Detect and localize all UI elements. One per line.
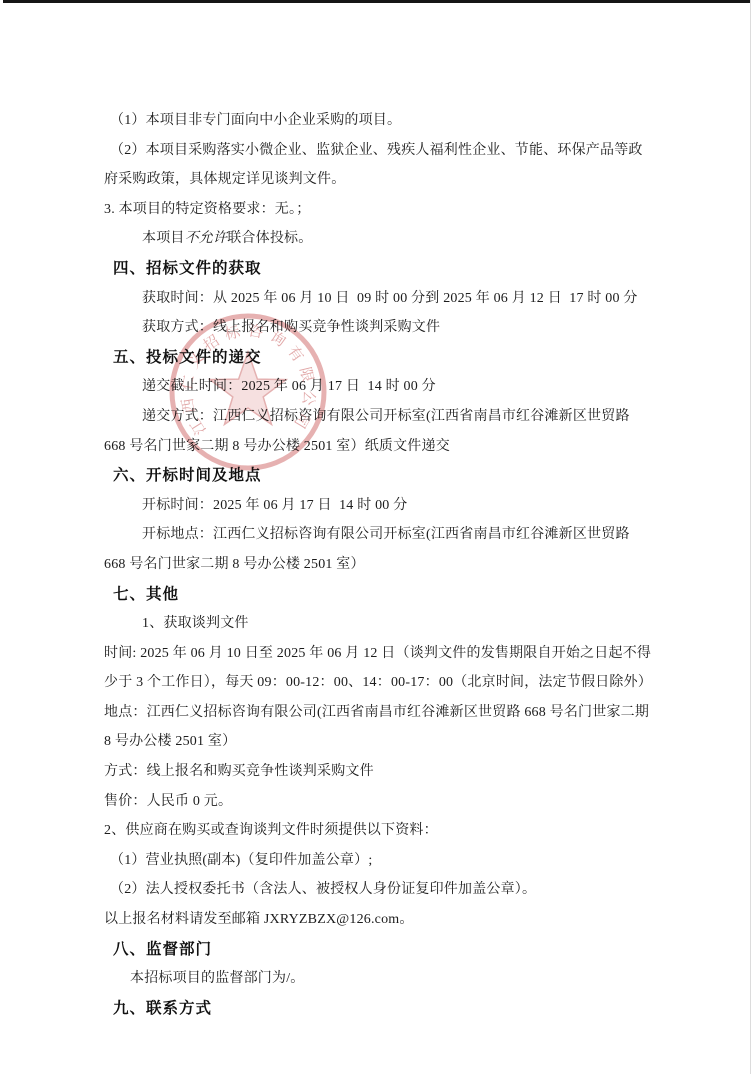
consortium-post: 联合体投标。 (227, 231, 312, 246)
heading-section-6-bid-opening: 六、开标时间及地点 (104, 461, 654, 491)
para-obtain-negotiation-doc: 1、获取谈判文件 (104, 609, 654, 639)
heading-section-4-document-acquisition: 四、招标文件的获取 (104, 254, 654, 284)
para-email-submission: 以上报名材料请发至邮箱 JXRYZBZX@126.com。 (104, 905, 654, 935)
heading-section-8-supervision: 八、监督部门 (104, 935, 654, 965)
para-material-authorization-letter: （2）法人授权委托书（含法人、被授权人身份证复印件加盖公章）。 (104, 875, 654, 905)
para-policy-note: （2）本项目采购落实小微企业、监狱企业、残疾人福利性企业、节能、环保产品等政府采… (104, 136, 654, 195)
heading-section-7-others: 七、其他 (104, 580, 654, 610)
para-supervision-dept: 本招标项目的监督部门为/。 (104, 964, 654, 994)
para-supplier-materials-intro: 2、供应商在购买或查询谈判文件时须提供以下资料： (104, 816, 654, 846)
para-doc-sale-price: 售价：人民币 0 元。 (104, 787, 654, 817)
para-acquisition-method: 获取方式：线上报名和购买竞争性谈判采购文件 (104, 313, 654, 343)
para-smb-targeting: （1）本项目非专门面向中小企业采购的项目。 (104, 106, 654, 136)
para-acquisition-time: 获取时间：从 2025 年 06 月 10 日 09 时 00 分到 2025 … (104, 284, 654, 314)
scanned-tender-document-page: （1）本项目非专门面向中小企业采购的项目。 （2）本项目采购落实小微企业、监狱企… (0, 0, 751, 1074)
para-opening-location: 开标地点：江西仁义招标咨询有限公司开标室(江西省南昌市红谷滩新区世贸路 668 … (104, 520, 654, 579)
document-body: （1）本项目非专门面向中小企业采购的项目。 （2）本项目采购落实小微企业、监狱企… (104, 106, 654, 1023)
consortium-pre: 本项目 (142, 231, 185, 246)
heading-section-9-contact: 九、联系方式 (104, 994, 654, 1024)
para-consortium-bidding: 本项目不允许联合体投标。 (104, 224, 654, 254)
heading-section-5-bid-submission: 五、投标文件的递交 (104, 343, 654, 373)
para-material-business-license: （1）营业执照(副本)（复印件加盖公章）; (104, 846, 654, 876)
para-doc-sale-location: 地点：江西仁义招标咨询有限公司(江西省南昌市红谷滩新区世贸路 668 号名门世家… (104, 698, 654, 757)
para-doc-sale-method: 方式：线上报名和购买竞争性谈判采购文件 (104, 757, 654, 787)
para-submission-method: 递交方式：江西仁义招标咨询有限公司开标室(江西省南昌市红谷滩新区世贸路 668 … (104, 402, 654, 461)
consortium-not-allowed: 不允许 (185, 231, 228, 246)
para-opening-time: 开标时间：2025 年 06 月 17 日 14 时 00 分 (104, 491, 654, 521)
para-specific-qualification: 3. 本项目的特定资格要求：无。； (104, 195, 654, 225)
scan-top-edge-line (3, 0, 751, 3)
para-doc-sale-time: 时间: 2025 年 06 月 10 日至 2025 年 06 月 12 日（谈… (104, 639, 654, 698)
para-submission-deadline: 递交截止时间：2025 年 06 月 17 日 14 时 00 分 (104, 372, 654, 402)
